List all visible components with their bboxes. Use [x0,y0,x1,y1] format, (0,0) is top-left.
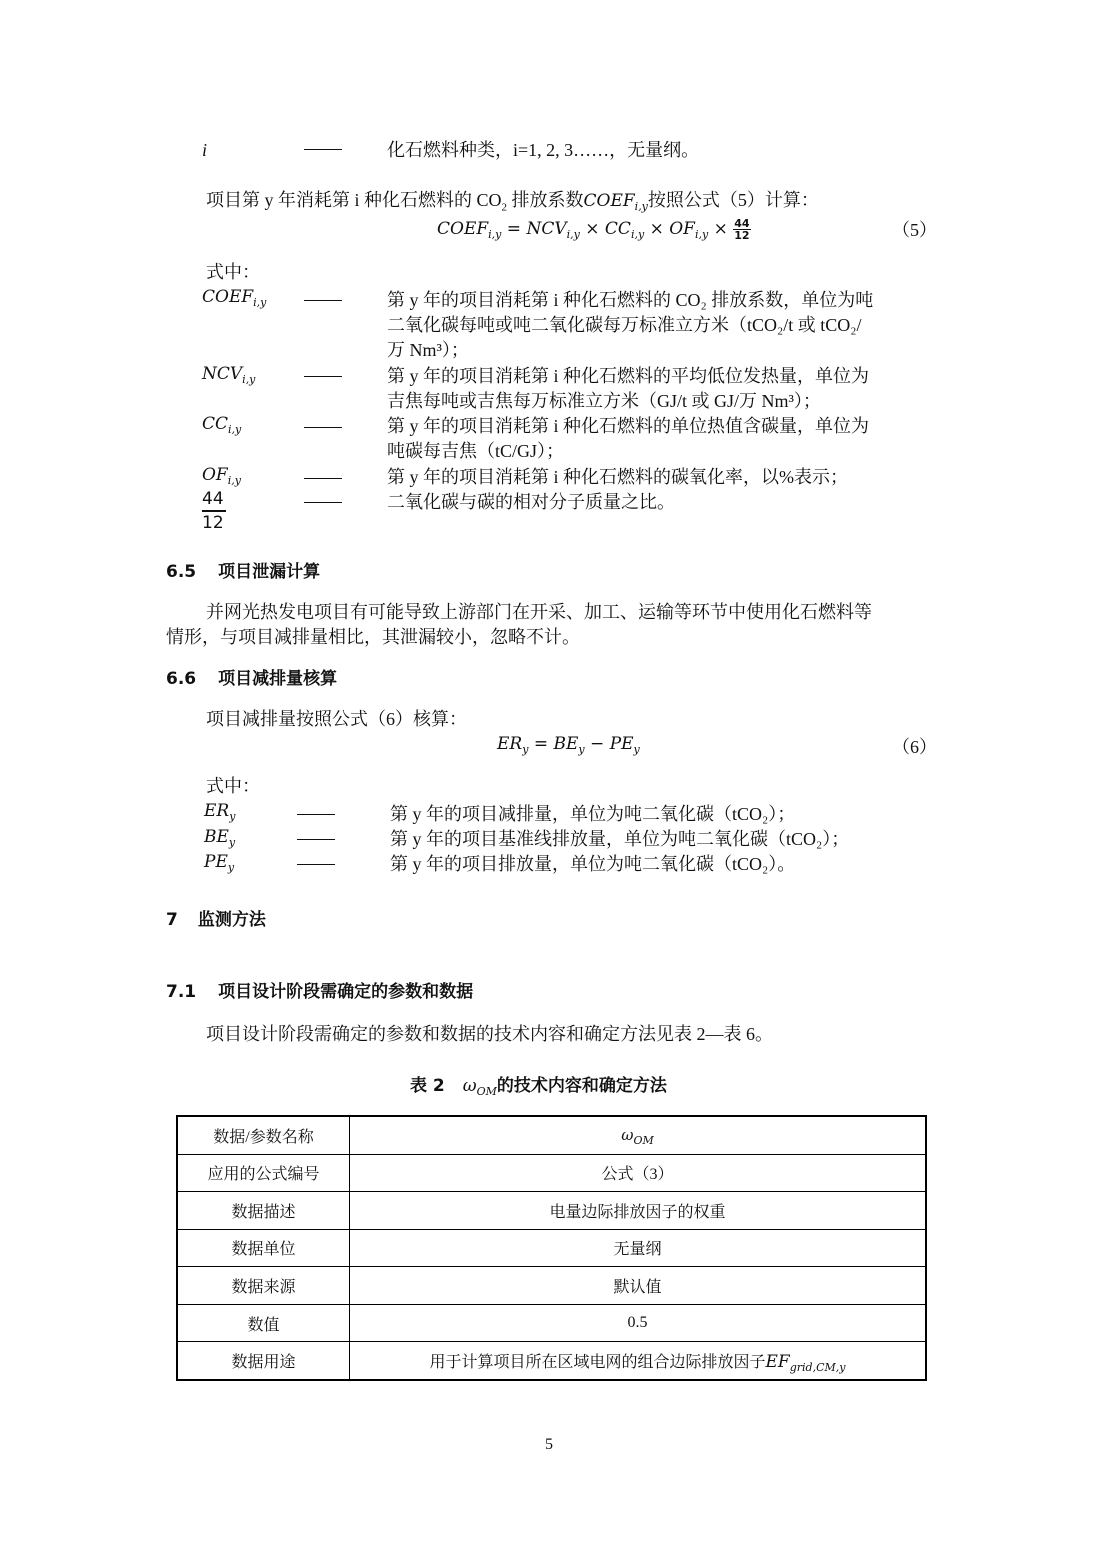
definition-line: 二氧化碳每吨或吨二氧化碳每万标准立方米（tCO₂/t 或 tCO₂/ [387,313,862,337]
formula-operator: × [644,219,669,239]
formula-sub: i,y [695,228,708,241]
symbol-sub: grid,CM,y [790,1361,846,1374]
def-symbol-of: OFi,y [202,465,241,485]
def-symbol-coef: COEFi,y [202,287,266,307]
row-label: 数据来源 [177,1267,350,1305]
formula-term: OF [669,219,695,239]
symbol-sub: OM [477,1085,497,1098]
row-value: ωOM [350,1116,927,1154]
row-label: 数据/参数名称 [177,1116,350,1154]
table-row: 数值 0.5 [177,1304,926,1342]
row-label: 数值 [177,1304,350,1342]
symbol: EF [766,1352,790,1372]
fraction-denominator: 12 [202,512,224,534]
row-value: 默认值 [350,1267,927,1305]
symbol-sub: i,y [228,423,241,436]
def-symbol-be: BEy [204,827,235,847]
section-title: 监测方法 [198,910,266,930]
intro-symbol: COEF [584,191,635,211]
symbol: ω [463,1076,477,1096]
symbol: COEF [202,287,253,307]
definition-line: 第 y 年的项目消耗第 i 种化石燃料的碳氧化率，以%表示； [387,465,848,489]
table-caption: 表 2ωOM的技术内容和确定方法 [410,1074,667,1098]
symbol: NCV [202,364,242,384]
definition-dash [304,502,342,503]
formula-operator: = [501,219,526,239]
table-2: 数据/参数名称 ωOM 应用的公式编号 公式（3） 数据描述 电量边际排放因子的… [176,1115,927,1381]
table-row: 应用的公式编号 公式（3） [177,1154,926,1192]
symbol: OF [202,465,228,485]
table-row: 数据/参数名称 ωOM [177,1116,926,1154]
section-title: 项目设计阶段需确定的参数和数据 [218,982,473,1002]
formula-operator: = [528,734,553,754]
definition-dash [297,814,335,815]
formula-number: （5） [892,218,937,242]
definition-line: 万 Nm³）； [387,338,469,362]
intro-text: 项目第 y 年消耗第 i 种化石燃料的 CO [206,190,502,210]
def-symbol-er: ERy [204,801,235,821]
where-label: 式中： [206,774,260,798]
def-symbol-ncv: NCVi,y [202,364,255,384]
def-symbol-pe: PEy [204,852,234,872]
definition-line: 吨碳每吉焦（tC/GJ）； [387,439,564,463]
symbol: CC [202,414,228,434]
def-symbol-cc: CCi,y [202,414,241,434]
fraction: 4412 [733,218,750,241]
formula-term: CC [605,219,631,239]
symbol-sub: y [228,861,234,874]
table-row: 数据单位 无量纲 [177,1229,926,1267]
section-6-6-heading: 6.6项目减排量核算 [166,667,337,691]
table-row: 数据描述 电量边际排放因子的权重 [177,1192,926,1230]
symbol-i: i [202,138,207,162]
formula-term: NCV [526,219,566,239]
row-value: 无量纲 [350,1229,927,1267]
formula-sub: i,y [488,228,501,241]
def-symbol-fraction: 4412 [202,488,226,534]
paragraph-line: 并网光热发电项目有可能导致上游部门在开采、加工、运输等环节中使用化石燃料等 [206,600,872,624]
definition-dash [304,376,342,377]
caption-symbol: ωOM [463,1076,497,1096]
definition-text: 第 y 年的项目排放量，单位为吨二氧化碳（tCO₂）。 [390,852,795,876]
formula-term: ER [497,734,522,754]
row-value: 公式（3） [350,1154,927,1192]
section-number: 7 [166,910,178,930]
symbol-sub: i,y [228,474,241,487]
symbol: ER [204,801,229,821]
section-number: 7.1 [166,982,196,1002]
fraction-denominator: 12 [734,230,749,241]
formula-term: PE [610,734,634,754]
symbol-sub: OM [633,1134,653,1147]
formula-6: ERy = BEy − PEy [497,734,640,754]
definition-line: 第 y 年的项目消耗第 i 种化石燃料的单位热值含碳量，单位为 [387,414,869,438]
row-label: 应用的公式编号 [177,1154,350,1192]
section-number: 6.5 [166,562,196,582]
definition-line: 二氧化碳与碳的相对分子质量之比。 [387,490,675,514]
value-text: 用于计算项目所在区域电网的组合边际排放因子 [430,1354,766,1371]
definition-line: 吉焦每吨或吉焦每万标准立方米（GJ/t 或 GJ/万 Nm³）； [387,389,821,413]
definition-dash [297,839,335,840]
symbol: PE [204,852,228,872]
section-number: 6.6 [166,669,196,689]
definition-text: 第 y 年的项目减排量，单位为吨二氧化碳（tCO₂）； [390,802,795,826]
row-value: 0.5 [350,1304,927,1342]
section-title: 项目减排量核算 [218,669,337,689]
definition-dash [304,427,342,428]
table-row: 数据来源 默认值 [177,1267,926,1305]
caption-text: 的技术内容和确定方法 [497,1076,667,1096]
formula-number: （6） [892,735,937,759]
row-value: 电量边际排放因子的权重 [350,1192,927,1230]
formula-term: COEF [437,219,488,239]
fraction-numerator: 44 [202,488,226,512]
caption-prefix: 表 2 [410,1076,445,1096]
definition-text: 第 y 年的项目基准线排放量，单位为吨二氧化碳（tCO₂）； [390,827,849,851]
formula-sub: i,y [631,228,644,241]
formula6-intro: 项目减排量按照公式（6）核算： [206,707,467,731]
symbol-sub: i,y [242,373,255,386]
definition-line: 第 y 年的项目消耗第 i 种化石燃料的平均低位发热量，单位为 [387,364,869,388]
where-label: 式中： [206,260,260,284]
section-title: 项目泄漏计算 [218,562,320,582]
formula-sub: i,y [567,228,580,241]
definition-dash [304,478,342,479]
symbol: BE [204,827,229,847]
intro-text: 按照公式（5）计算： [648,190,819,210]
page-number: 5 [545,1436,553,1454]
formula-5: COEFi,y = NCVi,y × CCi,y × OFi,y × 4412 [437,214,751,244]
row-value: 用于计算项目所在区域电网的组合边际排放因子EFgrid,CM,y [350,1342,927,1380]
section-7-1-heading: 7.1项目设计阶段需确定的参数和数据 [166,980,473,1004]
symbol: ω [621,1126,633,1144]
row-label: 数据单位 [177,1229,350,1267]
definition-dash [304,149,342,150]
intro-symbol-sub: i,y [635,200,648,213]
paragraph-line: 情形，与项目减排量相比，其泄漏较小，忽略不计。 [166,625,580,649]
definition-text: 化石燃料种类，i=1, 2, 3……，无量纲。 [387,138,699,162]
formula-operator: − [585,734,610,754]
formula-operator: × [580,219,605,239]
definition-dash [304,300,342,301]
definition-line: 第 y 年的项目消耗第 i 种化石燃料的 CO₂ 排放系数，单位为吨 [387,288,873,312]
table-row: 数据用途 用于计算项目所在区域电网的组合边际排放因子EFgrid,CM,y [177,1342,926,1380]
symbol-sub: i,y [253,296,266,309]
symbol-sub: y [229,810,235,823]
row-label: 数据描述 [177,1192,350,1230]
definition-dash [297,864,335,865]
paragraph: 项目设计阶段需确定的参数和数据的技术内容和确定方法见表 2—表 6。 [206,1022,773,1046]
row-label: 数据用途 [177,1342,350,1380]
section-7-heading: 7监测方法 [166,908,266,932]
intro-text: 排放系数 [507,190,584,210]
section-6-5-heading: 6.5项目泄漏计算 [166,560,320,584]
formula-operator: × [708,219,733,239]
formula-sub: y [634,743,640,756]
formula-term: BE [554,734,579,754]
symbol-sub: y [229,836,235,849]
